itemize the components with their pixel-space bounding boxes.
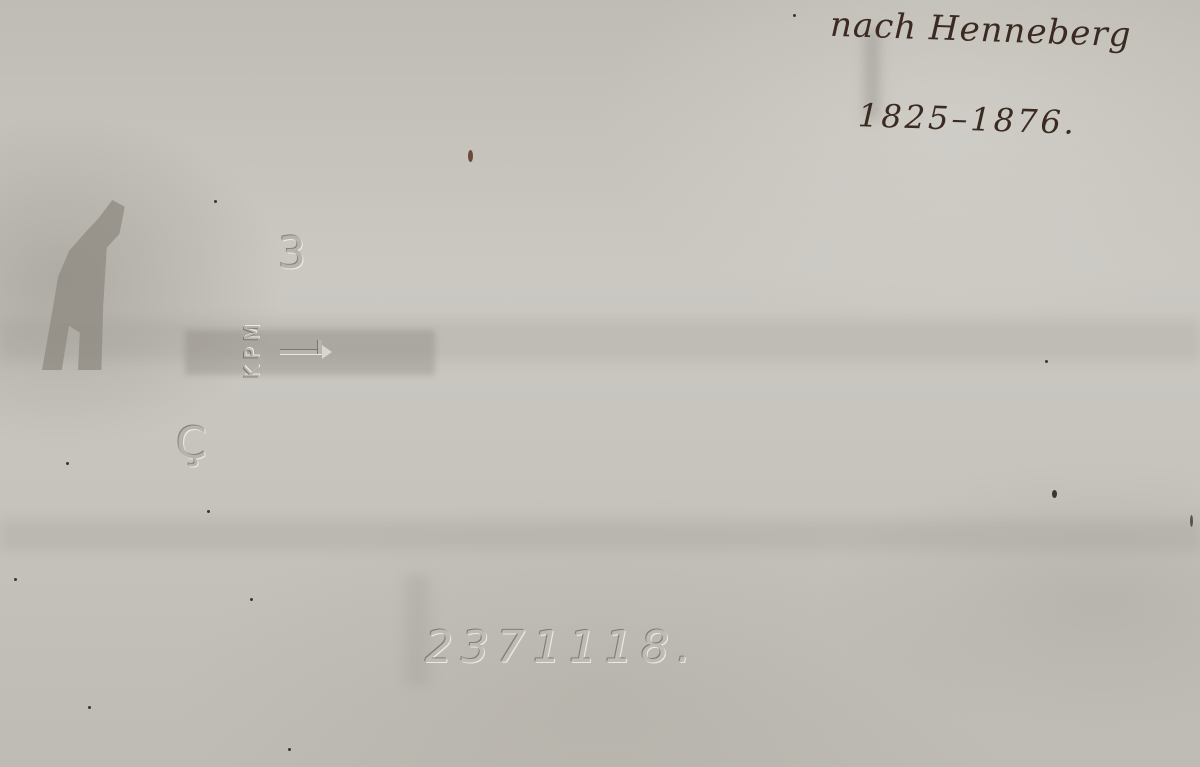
speck [250,598,253,601]
scepter-mark-icon [280,344,332,358]
speck [66,462,69,465]
speck [1052,490,1057,498]
speck [214,200,217,203]
inscription-dates: 1825–1876. [857,96,1077,142]
impressed-letter-mark: Ç [176,418,207,469]
impressed-size-number: 3 [278,228,306,279]
speck [1045,360,1048,363]
speck [468,150,473,162]
speck [1190,515,1193,527]
speck [207,510,210,513]
speck [288,748,291,751]
impressed-serial-number: 2371118. [425,622,699,673]
speck [793,14,796,17]
surface-streak [0,320,1200,360]
surface-streak [0,520,1200,550]
impressed-kpm-letters: KPM [240,318,264,378]
speck [88,706,91,709]
speck [14,578,17,581]
